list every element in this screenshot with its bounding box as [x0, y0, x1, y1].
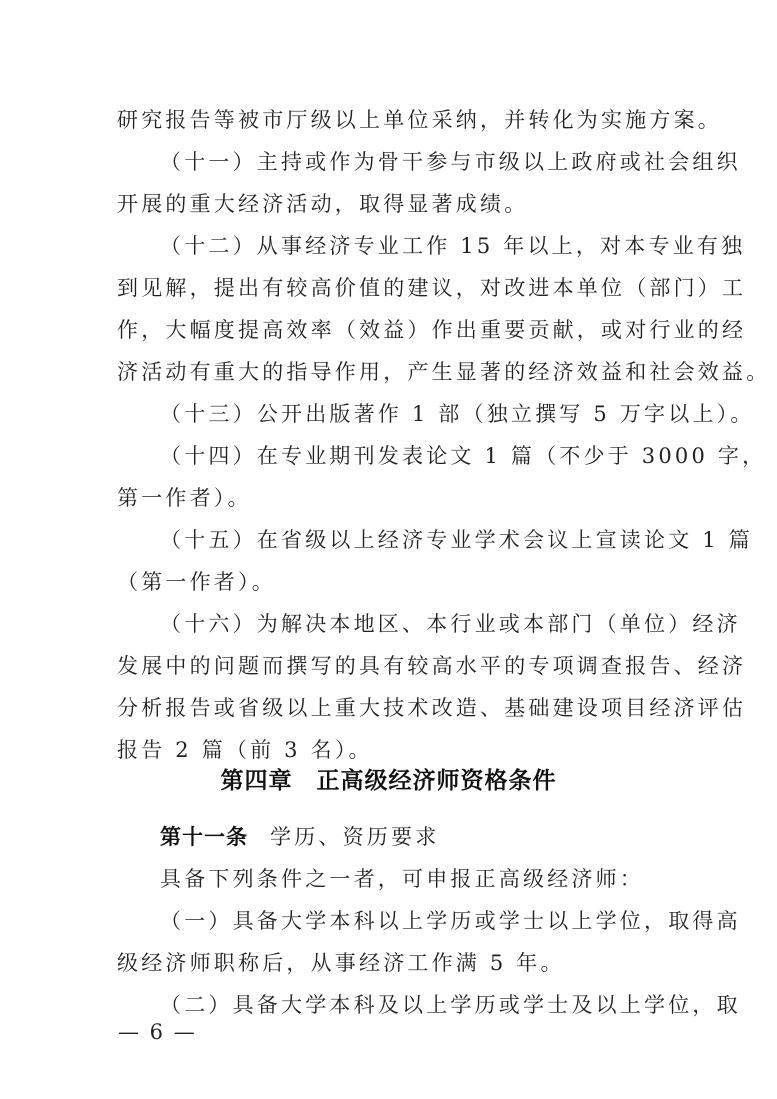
text-line: 具备下列条件之一者，可申报正高级经济师： [160, 865, 705, 893]
article-line: 第十一条学历、资历要求 [160, 823, 705, 851]
text-line: （十六）为解决本地区、本行业或本部门（单位）经济 [160, 610, 705, 638]
text-line: 报告 2 篇（前 3 名）。 [117, 736, 662, 764]
text-line: 开展的重大经济活动，取得显著成绩。 [117, 190, 662, 218]
article-title: 学历、资历要求 [270, 825, 439, 849]
chapter-heading: 第四章 正高级经济师资格条件 [0, 762, 777, 795]
page-number: — 6 — [118, 1020, 197, 1044]
text-line: （十五）在省级以上经济专业学术会议上宣读论文 1 篇 [160, 526, 705, 554]
text-line: 第一作者）。 [117, 484, 662, 512]
text-line: 发展中的问题而撰写的具有较高水平的专项调查报告、经济 [117, 652, 662, 680]
text-line: （第一作者）。 [117, 568, 662, 596]
text-line: 济活动有重大的指导作用，产生显著的经济效益和社会效益。 [117, 358, 662, 386]
text-line: 作，大幅度提高效率（效益）作出重要贡献，或对行业的经 [117, 316, 662, 344]
text-line: （十一）主持或作为骨干参与市级以上政府或社会组织 [160, 148, 705, 176]
article-number: 第十一条 [160, 825, 248, 849]
text-line: （十四）在专业期刊发表论文 1 篇（不少于 3000 字， [160, 442, 705, 470]
text-line: 分析报告或省级以上重大技术改造、基础建设项目经济评估 [117, 694, 662, 722]
text-line: （二）具备大学本科及以上学历或学士及以上学位，取 [160, 991, 705, 1019]
text-line: 级经济师职称后，从事经济工作满 5 年。 [117, 949, 662, 977]
text-line: 研究报告等被市厅级以上单位采纳，并转化为实施方案。 [117, 106, 662, 134]
text-line: （十二）从事经济专业工作 15 年以上，对本专业有独 [160, 232, 705, 260]
text-line: （一）具备大学本科以上学历或学士以上学位，取得高 [160, 907, 705, 935]
text-line: （十三）公开出版著作 1 部（独立撰写 5 万字以上）。 [160, 400, 705, 428]
text-line: 到见解，提出有较高价值的建议，对改进本单位（部门）工 [117, 274, 662, 302]
